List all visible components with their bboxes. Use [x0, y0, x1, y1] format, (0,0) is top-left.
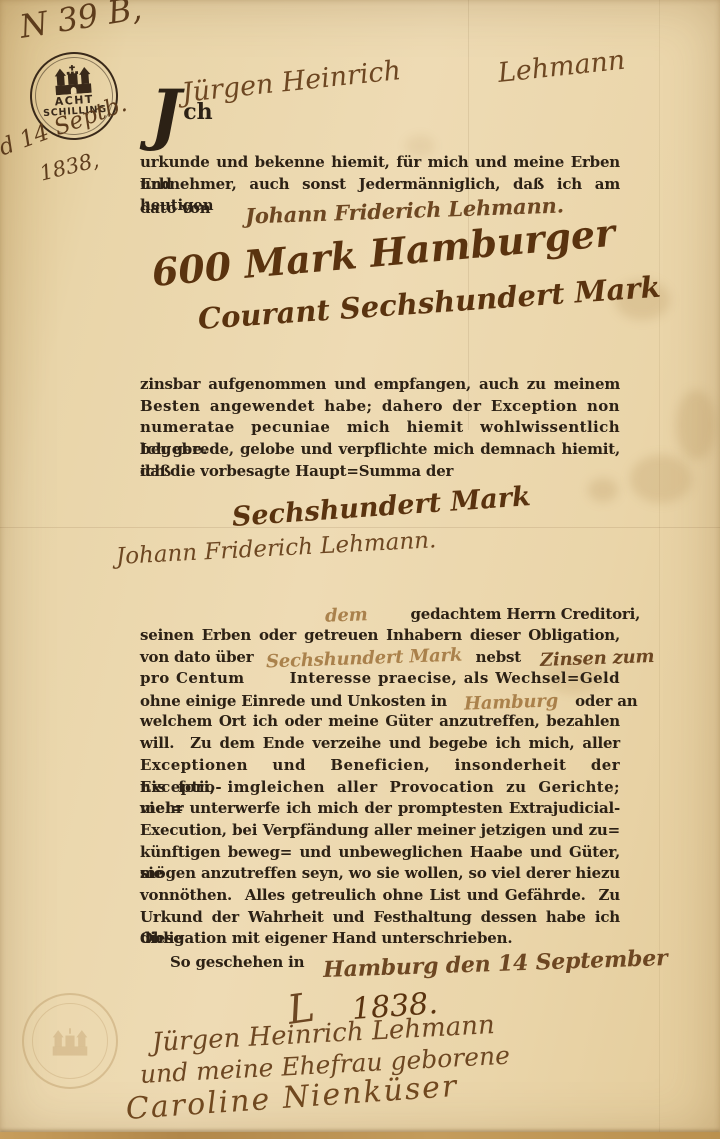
printed-text: ohne einige Einrede und Unkosten in	[140, 692, 447, 710]
document-page: N 39 B, ACHT SCHILLING d 14 Septb. 1838,…	[0, 0, 720, 1139]
embossed-seal-icon	[22, 993, 118, 1089]
fill-in-word-handwritten: dem	[325, 604, 368, 627]
printed-line: Besten angewendet habe; dahero der Excep…	[140, 396, 620, 418]
printed-line: dem gedachtem Herrn Creditori,	[140, 603, 620, 625]
printed-line: So geschehen in Hamburg den 14 September	[140, 950, 620, 972]
date-annotation-line2: 1838,	[37, 148, 101, 186]
corner-number-note: N 39 B,	[17, 0, 144, 46]
printed-line: Ich gerede, gelobe und verpflichte mich …	[140, 439, 620, 461]
place-name-handwritten: Hamburg	[464, 690, 559, 715]
initial-word-ich: Jch	[150, 84, 213, 144]
stain	[630, 455, 692, 503]
obligation-paragraph-1: zinsbar aufgenommen und empfangen, auch …	[140, 374, 620, 482]
printed-line: seinen Erben oder getreuen Inhabern dies…	[140, 625, 620, 647]
printed-line: zinsbar aufgenommen und empfangen, auch …	[140, 374, 620, 396]
printed-text: gedachtem Herrn Creditori,	[411, 605, 641, 623]
fold-line-horizontal	[0, 527, 720, 528]
printed-line: Execution, bei Verpfändung aller meiner …	[140, 820, 620, 842]
printed-line: welchem Ort ich oder meine Güter anzutre…	[140, 711, 620, 733]
printed-text: dato von	[140, 199, 210, 217]
seal-inner-ring	[32, 1003, 108, 1079]
printed-line: Urkund der Wahrheit und Festhaltung dess…	[140, 907, 620, 929]
place-date-handwritten: Hamburg den 14 September	[323, 948, 668, 982]
printed-line: numeratae pecuniae mich hiemit wohlwisse…	[140, 417, 620, 439]
obligation-paragraph-2: dem gedachtem Herrn Creditori, seinen Er…	[140, 603, 620, 972]
printed-line: Obligation mit eigener Hand unterschrieb…	[140, 928, 620, 950]
printed-line: ich die vorbesagte Haupt=Summa der	[140, 461, 620, 483]
printed-line: vonnöthen. Alles getreulich ohne List un…	[140, 885, 620, 907]
printed-line: ohne einige Einrede und Unkosten in Hamb…	[140, 690, 620, 712]
torn-paper-edge	[0, 1132, 720, 1139]
printed-line: nis fori, imgleichen aller Provocation z…	[140, 777, 620, 799]
creditor-name-handwritten: Johann Friderich Lehmann.	[115, 527, 437, 570]
printed-line: will. Zu dem Ende verzeihe und begebe ic…	[140, 733, 620, 755]
debtor-firstname-handwritten: Jürgen Heinrich	[180, 55, 402, 109]
printed-line: künftigen beweg= und unbeweglichen Haabe…	[140, 842, 620, 864]
printed-text: oder an	[575, 692, 637, 710]
printed-line: dato von Johann Friderich Lehmann.	[140, 195, 620, 217]
printed-line: mehr unterwerfe ich mich der promptesten…	[140, 798, 620, 820]
printed-text: So geschehen in	[170, 953, 304, 971]
printed-text: von dato über	[140, 648, 253, 666]
drop-cap-letter: J	[150, 75, 181, 153]
intro-paragraph: urkunde und bekenne hiemit, für mich und…	[140, 152, 620, 217]
drop-cap-rest: ch	[183, 99, 212, 125]
interest-rate-handwritten: Zinsen zum	[540, 646, 655, 672]
sum-words-handwritten: Sechshundert Mark	[231, 481, 532, 533]
printed-line: mögen anzutreffen seyn, wo sie wollen, s…	[140, 863, 620, 885]
printed-line: Exceptionen und Beneficien, insonderheit…	[140, 755, 620, 777]
printed-line: urkunde und bekenne hiemit, für mich und…	[140, 152, 620, 174]
debtor-surname-handwritten: Lehmann	[496, 45, 626, 89]
stain	[676, 390, 716, 460]
printed-line: von dato über Sechshundert Mark nebst Zi…	[140, 646, 620, 668]
printed-text: nebst	[476, 648, 521, 666]
